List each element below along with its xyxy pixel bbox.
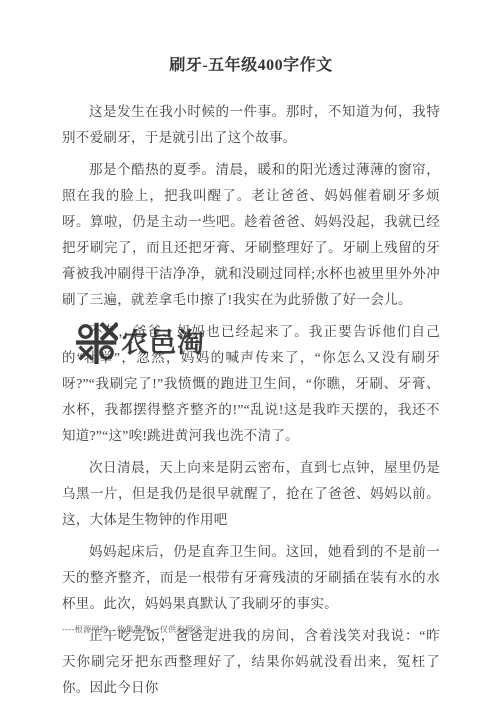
- paragraph: 妈妈起床后，仍是直奔卫生间。这回，她看到的不是前一天的整齐整齐，而是一根带有牙膏…: [62, 539, 440, 617]
- essay-title: 刷牙-五年级400字作文: [62, 52, 440, 75]
- paragraph: 不久，爸爸、妈妈也已经起来了。我正要告诉他们自己的“壮举”，忽然，妈妈的喊声传来…: [62, 319, 440, 449]
- paragraph: 次日清晨，天上向来是阴云密布，直到七点钟，屋里仍是乌黑一片，但是我仍是很早就醒了…: [62, 455, 440, 533]
- document-page: 刷牙-五年级400字作文 这是发生在我小时候的一件事。那时，不知道为何，我特别不…: [0, 0, 500, 708]
- paragraph: 这是发生在我小时候的一件事。那时，不知道为何，我特别不爱刷牙，于是就引出了这个故…: [62, 99, 440, 151]
- paragraph: 那是个酷热的夏季。清晨，暖和的阳光透过薄薄的窗帘，照在我的脸上，把我叫醒了。老让…: [62, 157, 440, 313]
- essay-body: 这是发生在我小时候的一件事。那时，不知道为何，我特别不爱刷牙，于是就引出了这个故…: [62, 99, 440, 701]
- page-number: 1: [215, 626, 219, 634]
- footer-note: ----根源网络，收集整理，仅供参照学习1: [62, 624, 219, 635]
- footer-text: ----根源网络，收集整理，仅供参照学习: [62, 625, 211, 634]
